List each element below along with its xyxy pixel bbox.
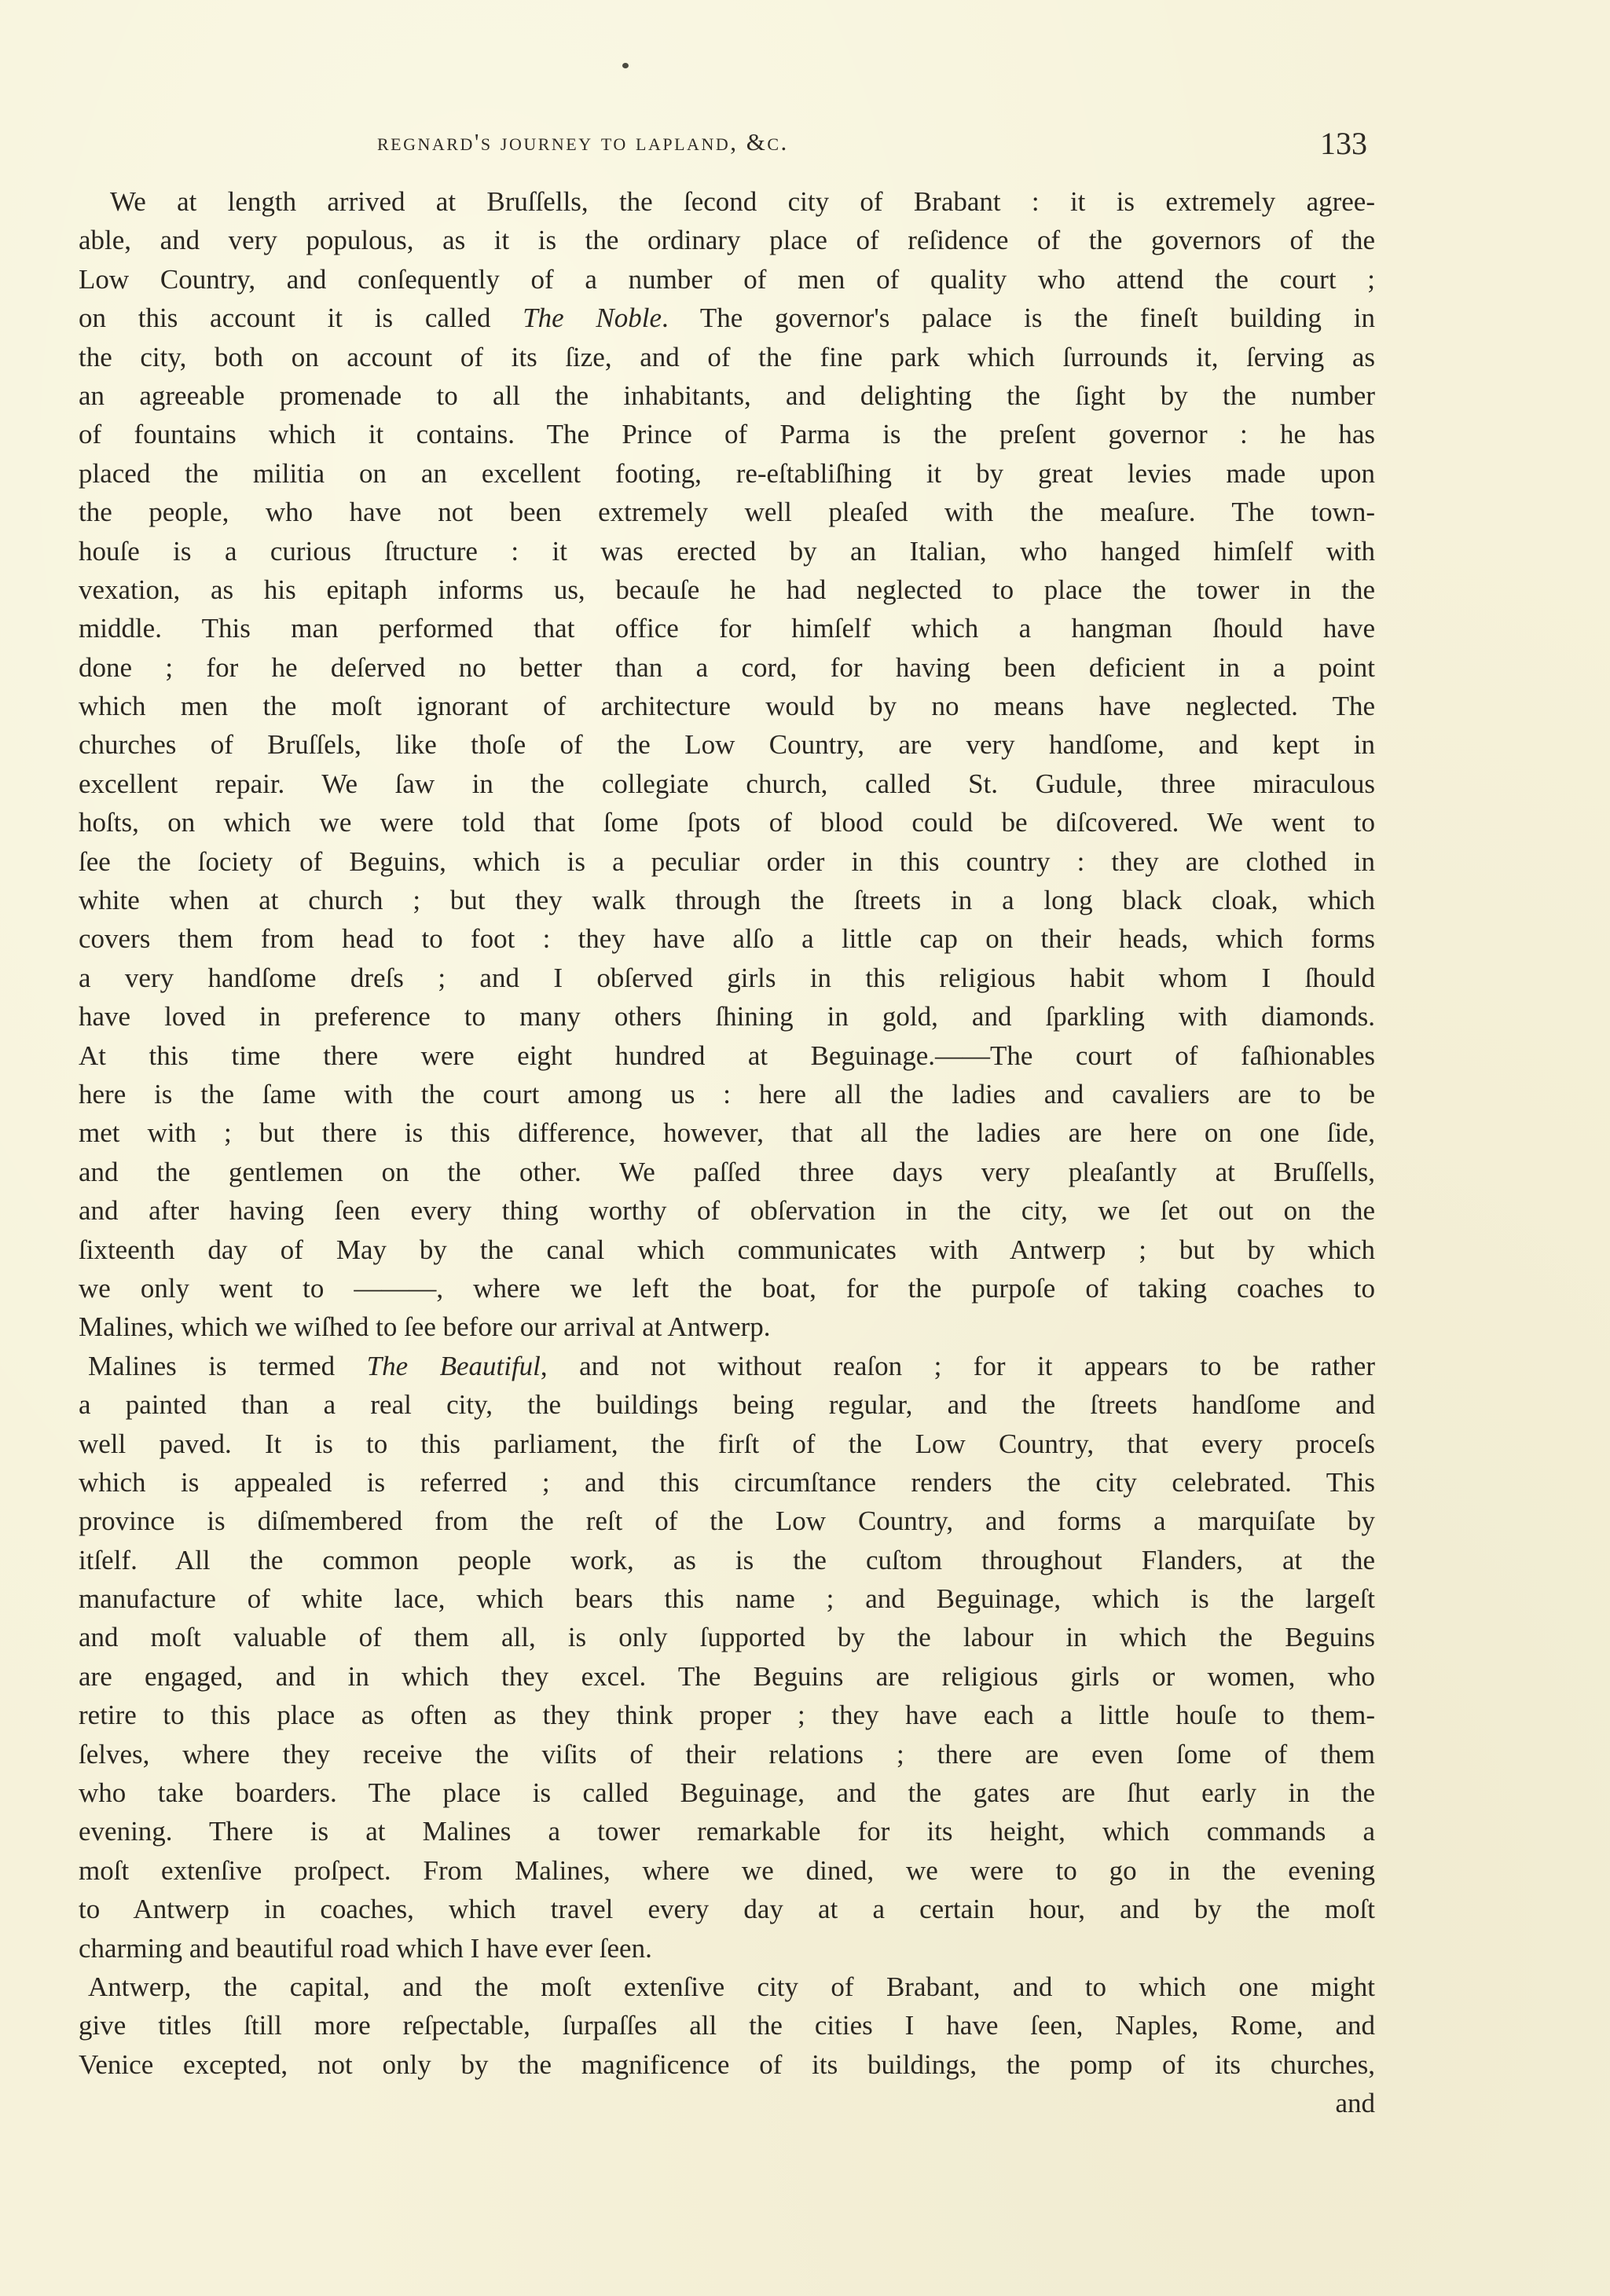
text-line: of fountains which it contains. The Prin… xyxy=(79,415,1375,453)
text-line: and moſt valuable of them all, is only ſ… xyxy=(79,1618,1375,1656)
text-line: province is diſmembered from the reſt of… xyxy=(79,1502,1375,1540)
text-fragment: . The governor's palace is the fineſt bu… xyxy=(662,303,1375,333)
text-fragment: on this account it is called xyxy=(79,303,523,333)
text-line: who take boarders. The place is called B… xyxy=(79,1773,1375,1812)
text-line: middle. This man performed that office f… xyxy=(79,609,1375,647)
text-line: met with ; but there is this difference,… xyxy=(79,1113,1375,1152)
text-line: ſee the ſociety of Beguins, which is a p… xyxy=(79,842,1375,881)
text-line: Antwerp, the capital, and the moſt exten… xyxy=(79,1968,1375,2006)
catchword: and xyxy=(79,2084,1375,2122)
text-line: Malines, which we wiſhed to ſee before o… xyxy=(79,1308,1375,1346)
text-line: an agreeable promenade to all the inhabi… xyxy=(79,376,1375,415)
text-line: have loved in preference to many others … xyxy=(79,997,1375,1036)
text-line: ſixteenth day of May by the canal which … xyxy=(79,1231,1375,1269)
book-page: REGNARD'S JOURNEY TO LAPLAND, &c. 133 We… xyxy=(0,0,1610,2296)
text-line-with-italic: Malines is termed The Beautiful, and not… xyxy=(79,1347,1375,1385)
text-line: churches of Bruſſels, like thoſe of the … xyxy=(79,725,1375,764)
text-line: the people, who have not been extremely … xyxy=(79,493,1375,531)
text-line: are engaged, and in which they excel. Th… xyxy=(79,1657,1375,1696)
paragraph-brussels: We at length arrived at Bruſſells, the ſ… xyxy=(79,182,1375,1347)
text-line: ſelves, where they receive the viſits of… xyxy=(79,1735,1375,1773)
text-line: which is appealed is referred ; and this… xyxy=(79,1463,1375,1502)
text-line-with-italic: on this account it is called The Noble. … xyxy=(79,299,1375,337)
text-line: a painted than a real city, the building… xyxy=(79,1385,1375,1424)
text-line: covers them from head to foot : they hav… xyxy=(79,919,1375,958)
italic-phrase: The Noble xyxy=(523,303,662,333)
running-head: REGNARD'S JOURNEY TO LAPLAND, &c. 133 xyxy=(377,128,1375,163)
text-line: done ; for he deſerved no better than a … xyxy=(79,648,1375,687)
ink-speck xyxy=(622,63,629,68)
text-line: vexation, as his epitaph informs us, bec… xyxy=(79,570,1375,609)
text-line: itſelf. All the common people work, as i… xyxy=(79,1541,1375,1579)
text-line: white when at church ; but they walk thr… xyxy=(79,881,1375,919)
text-line: houſe is a curious ſtructure : it was er… xyxy=(79,532,1375,570)
text-line: which men the moſt ignorant of architect… xyxy=(79,687,1375,725)
text-line: placed the militia on an excellent footi… xyxy=(79,454,1375,493)
text-line: to Antwerp in coaches, which travel ever… xyxy=(79,1890,1375,1928)
italic-phrase: The Beautiful xyxy=(367,1351,541,1381)
text-line: At this time there were eight hundred at… xyxy=(79,1036,1375,1075)
text-line: and the gentlemen on the other. We paſſe… xyxy=(79,1153,1375,1191)
text-line: the city, both on account of its ſize, a… xyxy=(79,338,1375,376)
text-line: a very handſome dreſs ; and I obſerved g… xyxy=(79,959,1375,997)
text-line: evening. There is at Malines a tower rem… xyxy=(79,1812,1375,1850)
text-line: able, and very populous, as it is the or… xyxy=(79,221,1375,259)
paragraph-malines: Malines is termed The Beautiful, and not… xyxy=(79,1347,1375,1968)
text-line: give titles ſtill more reſpectable, ſurp… xyxy=(79,2006,1375,2045)
paragraph-antwerp: Antwerp, the capital, and the moſt exten… xyxy=(79,1968,1375,2123)
text-line: excellent repair. We ſaw in the collegia… xyxy=(79,765,1375,803)
text-line: moſt extenſive proſpect. From Malines, w… xyxy=(79,1851,1375,1890)
text-line: here is the ſame with the court among us… xyxy=(79,1075,1375,1113)
text-line: well paved. It is to this parliament, th… xyxy=(79,1425,1375,1463)
text-line: Venice excepted, not only by the magnifi… xyxy=(79,2045,1375,2084)
text-line: hoſts, on which we were told that ſome ſ… xyxy=(79,803,1375,842)
text-line: We at length arrived at Bruſſells, the ſ… xyxy=(79,182,1375,221)
text-line: manufacture of white lace, which bears t… xyxy=(79,1579,1375,1618)
text-line: retire to this place as often as they th… xyxy=(79,1696,1375,1734)
text-fragment: Malines is termed xyxy=(88,1351,367,1381)
running-head-title: REGNARD'S JOURNEY TO LAPLAND, &c. xyxy=(377,128,789,156)
text-line: we only went to ———, where we left the b… xyxy=(79,1269,1375,1308)
page-number: 133 xyxy=(1320,125,1367,162)
text-line: Low Country, and conſequently of a numbe… xyxy=(79,260,1375,299)
text-line: and after having ſeen every thing worthy… xyxy=(79,1191,1375,1230)
text-fragment: , and not without reaſon ; for it appear… xyxy=(541,1351,1375,1381)
body-text: We at length arrived at Bruſſells, the ſ… xyxy=(79,182,1375,2123)
text-line: charming and beautiful road which I have… xyxy=(79,1929,1375,1968)
